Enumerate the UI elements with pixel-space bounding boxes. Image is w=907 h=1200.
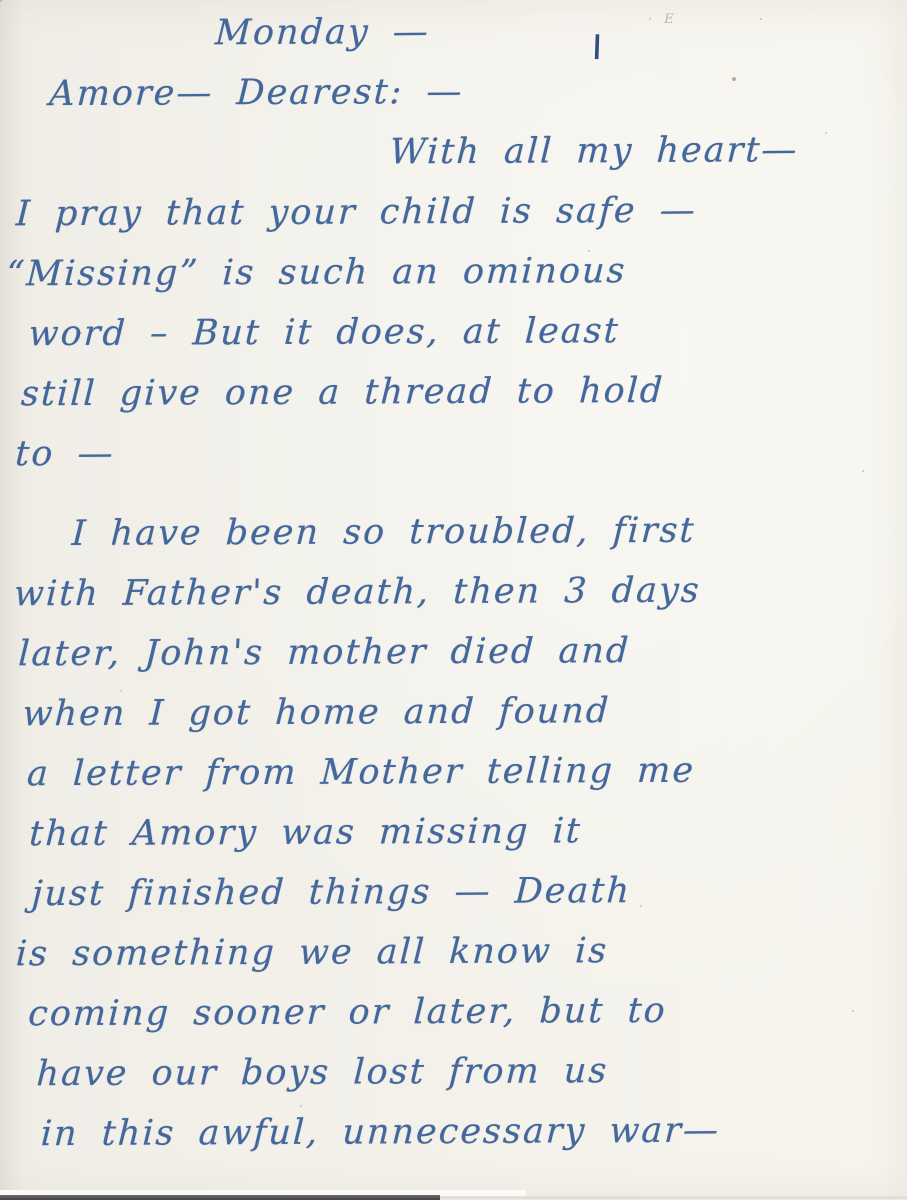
letter-line: later, John's mother died and <box>17 620 907 685</box>
letter-line: a letter from Mother telling me <box>26 740 907 805</box>
paper-specks <box>0 0 2 2</box>
letter-line: I pray that your child is safe — <box>15 180 907 245</box>
letter-salutation: Amore— Dearest: — <box>48 60 906 124</box>
letter-line: to — <box>14 420 907 485</box>
letter-body: Monday — Amore— Dearest: — With all my h… <box>0 0 907 1164</box>
letter-line: word – But it does, at least <box>27 300 907 365</box>
scan-edge-dark-strip <box>0 1195 440 1200</box>
letter-date: Monday — <box>214 0 906 63</box>
letter-line: with Father's death, then 3 days <box>13 560 907 625</box>
letter-line: when I got home and found <box>21 680 907 745</box>
letter-line: I have been so troubled, first <box>70 500 907 564</box>
letter-line: that Amory was missing it <box>28 800 907 865</box>
letter-line: still give one a thread to hold <box>20 360 907 425</box>
letter-line: in this awful, unnecessary war— <box>39 1100 907 1165</box>
letter-line: “Missing” is such an ominous <box>5 240 907 305</box>
letter-page: · E ǀ Monday — Amore— Dearest: — With al… <box>0 0 907 1200</box>
letter-line: is something we all know is <box>15 920 907 985</box>
letter-line: just finished things — Death <box>30 860 907 925</box>
scan-edge-shadow <box>440 1196 907 1199</box>
letter-line: With all my heart— <box>388 120 906 183</box>
letter-line: have our boys lost from us <box>35 1040 907 1105</box>
letter-line: coming sooner or later, but to <box>27 980 907 1045</box>
